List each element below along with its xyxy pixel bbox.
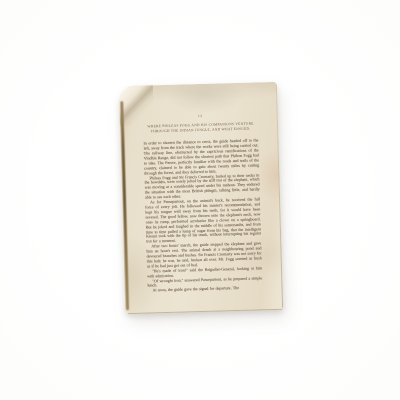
chapter-heading: WHERE PHILEAS FOGG AND HIS COMPANIONS VE… [143,121,258,133]
page-content: 12 WHERE PHILEAS FOGG AND HIS COMPANIONS… [119,82,283,314]
paragraph-1: In order to shorten the distance to cros… [143,139,259,177]
photo-background: 12 WHERE PHILEAS FOGG AND HIS COMPANIONS… [0,0,400,400]
paragraph-3: As for Passepartout, on the animal's bac… [145,197,261,244]
paragraph-7: At noon, the guide gave the signal for d… [148,286,263,294]
page-number: 12 [143,112,258,119]
book-page: 12 WHERE PHILEAS FOGG AND HIS COMPANIONS… [119,82,283,314]
body-text: In order to shorten the distance to cros… [143,139,262,294]
